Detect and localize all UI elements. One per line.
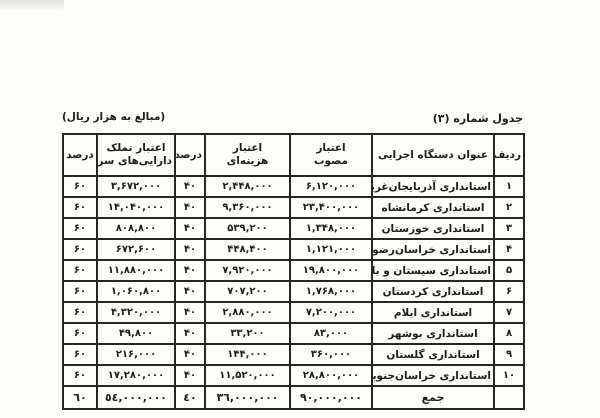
capital-cell: ۱,۰۶۰,۸۰۰ (97, 281, 175, 302)
percent-expense-cell: ۴۰ (175, 239, 205, 260)
agency-cell: استانداری ایلام (372, 302, 494, 323)
approved-cell: ۶,۱۲۰,۰۰۰ (290, 176, 372, 197)
row-number-cell: ۳ (494, 218, 524, 239)
table-row: ۵ استانداری سیستان و بلوچستان ۱۹,۸۰۰,۰۰۰… (63, 260, 524, 281)
budget-table: ردیف عنوان دستگاه اجرایی اعتبار مصوب اعت… (62, 133, 525, 410)
total-label-cell: جمع (372, 386, 494, 409)
header-agency: عنوان دستگاه اجرایی (372, 134, 494, 176)
total-expense-cell: ٣٦,٠٠٠,٠٠٠ (205, 386, 290, 409)
header-approved-credit: اعتبار مصوب (290, 134, 372, 176)
approved-cell: ۱,۳۴۸,۰۰۰ (290, 218, 372, 239)
table-row: ۲ استانداری کرمانشاه ۲۳,۴۰۰,۰۰۰ ۹,۳۶۰,۰۰… (63, 197, 524, 218)
capital-cell: ۲۱۶,۰۰۰ (97, 344, 175, 365)
expense-cell: ۱۴۴,۰۰۰ (205, 344, 290, 365)
table-row: ۴ استانداری خراسان‌رضوی ۱,۱۲۱,۰۰۰ ۴۴۸,۴۰… (63, 239, 524, 260)
expense-cell: ۲,۸۸۰,۰۰۰ (205, 302, 290, 323)
agency-cell: استانداری کرمانشاه (372, 197, 494, 218)
agency-cell: استانداری آذربایجان‌غربی (372, 176, 494, 197)
capital-cell: ۱۴,۰۴۰,۰۰۰ (97, 197, 175, 218)
row-number-cell: ۶ (494, 281, 524, 302)
header-expense-credit: اعتبار هزینه‌ای (205, 134, 290, 176)
percent-expense-cell: ۴۰ (175, 323, 205, 344)
expense-cell: ۹,۳۶۰,۰۰۰ (205, 197, 290, 218)
table-row: ۱ استانداری آذربایجان‌غربی ۶,۱۲۰,۰۰۰ ۲,۴… (63, 176, 524, 197)
percent-capital-cell: ۶۰ (63, 365, 97, 386)
capital-cell: ۱۱,۸۸۰,۰۰۰ (97, 260, 175, 281)
capital-cell: ۸۰۸,۸۰۰ (97, 218, 175, 239)
agency-cell: استانداری بوشهر (372, 323, 494, 344)
percent-capital-cell: ۶۰ (63, 281, 97, 302)
table-row: ۱۰ استانداری خراسان‌جنوبی ۲۸,۸۰۰,۰۰۰ ۱۱,… (63, 365, 524, 386)
percent-capital-cell: ۶۰ (63, 344, 97, 365)
expense-cell: ۴۴۸,۴۰۰ (205, 239, 290, 260)
percent-capital-cell: ۶۰ (63, 176, 97, 197)
table-row: ۷ استانداری ایلام ۷,۲۰۰,۰۰۰ ۲,۸۸۰,۰۰۰ ۴۰… (63, 302, 524, 323)
agency-cell: استانداری گلستان (372, 344, 494, 365)
agency-cell: استانداری خوزستان (372, 218, 494, 239)
row-number-cell: ۵ (494, 260, 524, 281)
expense-cell: ۷۰۷,۲۰۰ (205, 281, 290, 302)
header-row: ردیف عنوان دستگاه اجرایی اعتبار مصوب اعت… (63, 134, 524, 176)
approved-cell: ۱,۱۲۱,۰۰۰ (290, 239, 372, 260)
scan-artifact (0, 0, 64, 10)
header-percent-capital: درصد (63, 134, 97, 176)
total-capital-cell: ٥٤,٠٠٠,٠٠٠ (97, 386, 175, 409)
capital-cell: ۴,۳۲۰,۰۰۰ (97, 302, 175, 323)
approved-cell: ۲۳,۴۰۰,۰۰۰ (290, 197, 372, 218)
table-row: ۳ استانداری خوزستان ۱,۳۴۸,۰۰۰ ۵۳۹,۲۰۰ ۴۰… (63, 218, 524, 239)
percent-expense-cell: ۴۰ (175, 344, 205, 365)
expense-cell: ۵۳۹,۲۰۰ (205, 218, 290, 239)
header-percent-expense: درصد (175, 134, 205, 176)
agency-cell: استانداری کردستان (372, 281, 494, 302)
table-row: ۹ استانداری گلستان ۳۶۰,۰۰۰ ۱۴۴,۰۰۰ ۴۰ ۲۱… (63, 344, 524, 365)
table-number-caption: جدول شماره (۳) (433, 112, 523, 125)
percent-expense-cell: ۴۰ (175, 197, 205, 218)
amounts-unit-caption: (مبالغ به هزار ریال) (62, 111, 165, 123)
percent-expense-cell: ۴۰ (175, 302, 205, 323)
capital-cell: ۱۷,۲۸۰,۰۰۰ (97, 365, 175, 386)
approved-cell: ۷,۲۰۰,۰۰۰ (290, 302, 372, 323)
percent-capital-cell: ۶۰ (63, 323, 97, 344)
approved-cell: ۱,۷۶۸,۰۰۰ (290, 281, 372, 302)
percent-expense-cell: ۴۰ (175, 281, 205, 302)
percent-capital-cell: ۶۰ (63, 239, 97, 260)
table-row: ۸ استانداری بوشهر ۸۳,۰۰۰ ۳۳,۲۰۰ ۴۰ ۴۹,۸۰… (63, 323, 524, 344)
percent-expense-cell: ۴۰ (175, 260, 205, 281)
total-approved-cell: ٩٠,٠٠٠,٠٠٠ (290, 386, 372, 409)
percent-expense-cell: ۴۰ (175, 176, 205, 197)
table-row: ۶ استانداری کردستان ۱,۷۶۸,۰۰۰ ۷۰۷,۲۰۰ ۴۰… (63, 281, 524, 302)
percent-capital-cell: ۶۰ (63, 197, 97, 218)
budget-table-wrap: ردیف عنوان دستگاه اجرایی اعتبار مصوب اعت… (62, 133, 523, 410)
agency-cell: استانداری خراسان‌جنوبی (372, 365, 494, 386)
total-row-number-cell (494, 386, 524, 409)
header-row-number: ردیف (494, 134, 524, 176)
capital-cell: ۳,۶۷۲,۰۰۰ (97, 176, 175, 197)
row-number-cell: ۱۰ (494, 365, 524, 386)
expense-cell: ۳۳,۲۰۰ (205, 323, 290, 344)
capital-cell: ۴۹,۸۰۰ (97, 323, 175, 344)
approved-cell: ۳۶۰,۰۰۰ (290, 344, 372, 365)
row-number-cell: ۲ (494, 197, 524, 218)
approved-cell: ۱۹,۸۰۰,۰۰۰ (290, 260, 372, 281)
scanned-document-page: جدول شماره (۳) (مبالغ به هزار ریال) ردیف… (0, 0, 600, 418)
percent-expense-cell: ۴۰ (175, 365, 205, 386)
approved-cell: ۲۸,۸۰۰,۰۰۰ (290, 365, 372, 386)
row-number-cell: ۷ (494, 302, 524, 323)
expense-cell: ۱۱,۵۲۰,۰۰۰ (205, 365, 290, 386)
percent-expense-cell: ۴۰ (175, 218, 205, 239)
agency-cell: استانداری سیستان و بلوچستان (372, 260, 494, 281)
total-percent-capital-cell: ٦٠ (63, 386, 97, 409)
percent-capital-cell: ۶۰ (63, 302, 97, 323)
approved-cell: ۸۳,۰۰۰ (290, 323, 372, 344)
row-number-cell: ۴ (494, 239, 524, 260)
agency-cell: استانداری خراسان‌رضوی (372, 239, 494, 260)
total-row: جمع ٩٠,٠٠٠,٠٠٠ ٣٦,٠٠٠,٠٠٠ ٤٠ ٥٤,٠٠٠,٠٠٠ … (63, 386, 524, 409)
total-percent-expense-cell: ٤٠ (175, 386, 205, 409)
percent-capital-cell: ۶۰ (63, 260, 97, 281)
row-number-cell: ۱ (494, 176, 524, 197)
row-number-cell: ۹ (494, 344, 524, 365)
row-number-cell: ۸ (494, 323, 524, 344)
expense-cell: ۷,۹۲۰,۰۰۰ (205, 260, 290, 281)
capital-cell: ۶۷۲,۶۰۰ (97, 239, 175, 260)
expense-cell: ۲,۴۴۸,۰۰۰ (205, 176, 290, 197)
header-capital-credit: اعتبار تملک دارایی‌های سرمایه‌ای (97, 134, 175, 176)
percent-capital-cell: ۶۰ (63, 218, 97, 239)
